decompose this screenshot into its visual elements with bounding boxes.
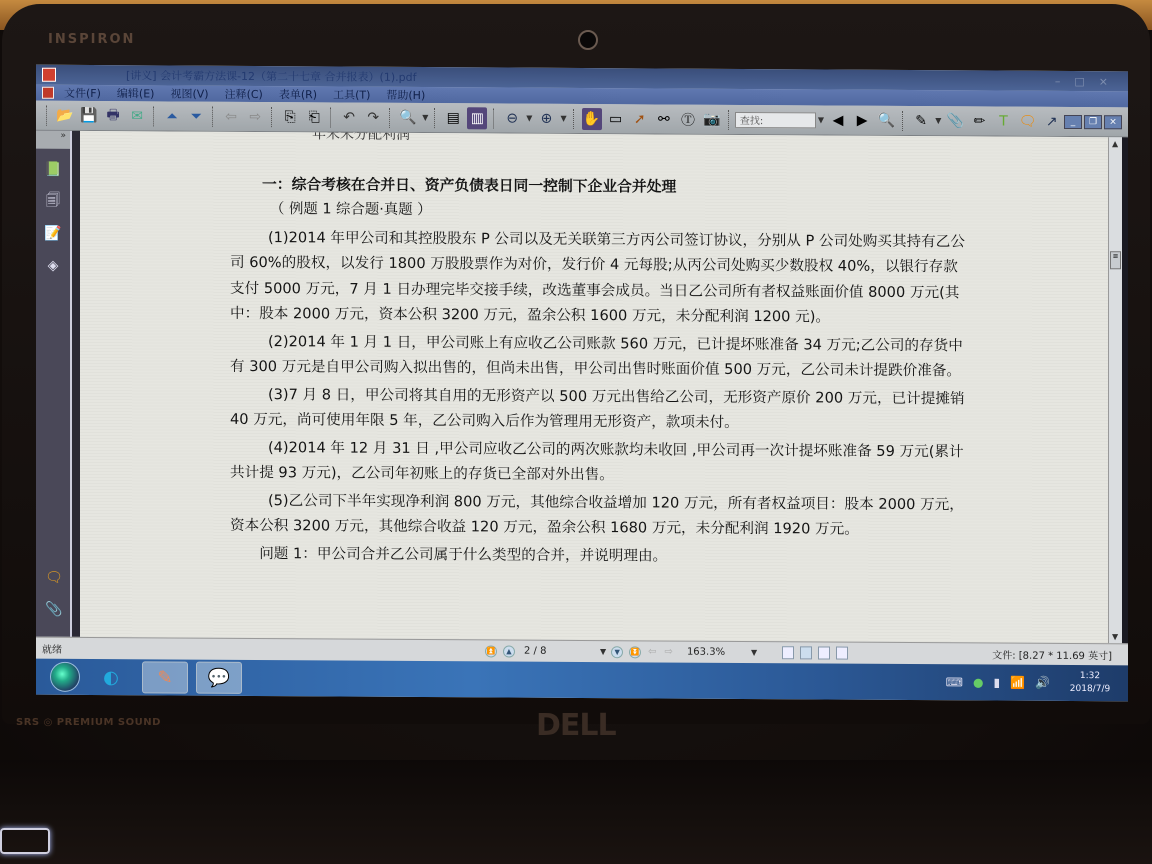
menu-comment[interactable]: 注释(C) [225, 86, 263, 102]
page-down-icon[interactable]: ⏷ [186, 105, 206, 127]
facing-view-button[interactable] [818, 646, 830, 659]
zoom-in-dropdown-icon[interactable]: ▼ [561, 114, 567, 123]
history-back-icon[interactable]: ⇦ [648, 646, 656, 657]
text-select-icon[interactable]: Ⓣ [678, 108, 698, 130]
toolbar-separator [573, 108, 576, 128]
bookmarks-icon[interactable]: 📗 [43, 159, 63, 181]
zoom-in-icon[interactable]: ⊕ [536, 107, 556, 129]
first-page-icon[interactable]: ⏫ [485, 645, 497, 657]
toolbar-separator [493, 108, 496, 128]
app-icon [42, 68, 56, 82]
paste-pages-icon[interactable]: ⎗ [304, 106, 324, 128]
start-button[interactable] [50, 662, 80, 692]
wechat-tray-icon[interactable]: ● [973, 675, 983, 689]
open-folder-icon[interactable]: 📂 [55, 104, 75, 126]
menu-tools[interactable]: 工具(T) [333, 86, 370, 102]
wechat-icon: 💬 [208, 667, 230, 688]
page-dropdown-icon[interactable]: ▼ [600, 647, 606, 656]
toolbar-separator [728, 109, 731, 129]
navigation-panel: » 📗 🗐 📝 ◈ 🗨 📎 [36, 131, 72, 637]
srs-premium-sound-logo: SRS ◎ PREMIUM SOUND [16, 717, 161, 728]
document-window-controls: _ ❐ × [1064, 114, 1128, 128]
rail-bottom-icons: 🗨 📎 [36, 557, 72, 631]
forward-arrow-icon[interactable]: ⇨ [245, 105, 265, 127]
zoom-dropdown-icon[interactable]: ▼ [422, 113, 428, 122]
camera-icon[interactable]: 📷 [702, 108, 722, 130]
paragraph-4: (4)2014 年 12 月 31 日 ,甲公司应收乙公司的两次账款均未收回 ,… [230, 434, 970, 490]
toolbar-separator [212, 106, 215, 126]
doc-restore-button[interactable]: ❐ [1084, 115, 1102, 129]
dell-logo: DELL [536, 708, 616, 743]
clock-date: 2018/7/9 [1060, 683, 1120, 696]
paragraph-3: (3)7 月 8 日，甲公司将其自用的无形资产以 500 万元出售给乙公司，无形… [230, 381, 970, 437]
panel-splitter[interactable] [72, 131, 80, 637]
scroll-up-icon[interactable]: ▲ [1112, 139, 1118, 148]
typewriter-dropdown-icon[interactable]: ▼ [935, 116, 941, 125]
layers-icon[interactable]: ◈ [43, 255, 63, 277]
window-edge [1122, 137, 1128, 643]
paragraph-2: (2)2014 年 1 月 1 日，甲公司账上有应收乙公司账款 560 万元，已… [230, 328, 970, 384]
question-1: 问题 1：甲公司合并乙公司属于什么类型的合并，并说明理由。 [230, 540, 970, 570]
system-tray: ⌨ ● ▮ 📶 🔊 1:32 2018/7/9 [946, 669, 1128, 696]
status-text: 就绪 [42, 641, 482, 659]
fit-width-icon[interactable]: ▥ [467, 107, 487, 129]
find-next-icon[interactable]: ▶ [852, 109, 872, 131]
menu-file[interactable]: 文件(F) [64, 85, 101, 101]
copy-pages-icon[interactable]: ⎘ [280, 106, 300, 128]
snapshot-select-icon[interactable]: ▭ [606, 108, 626, 130]
webcam [578, 30, 598, 50]
fit-page-icon[interactable]: ▤ [443, 107, 463, 129]
email-icon[interactable]: ✉ [127, 105, 147, 127]
toolbar-separator [434, 108, 437, 128]
previous-page-icon[interactable]: ▲ [503, 645, 515, 657]
menu-view[interactable]: 视图(V) [170, 85, 208, 101]
browser-icon: ◐ [103, 667, 119, 688]
taskbar-wechat[interactable]: 💬 [196, 662, 242, 694]
find-dropdown-icon[interactable]: ▼ [818, 115, 824, 124]
scroll-down-icon[interactable]: ▼ [1112, 632, 1118, 641]
note-icon[interactable]: 🗨 [1018, 110, 1038, 132]
laptop-photo: INSPIRON [讲义] 会计考霸方法课-12（第二十七章 合并报表）(1).… [0, 0, 1152, 864]
find-input[interactable]: 查找: [735, 111, 816, 127]
doc-minimize-button[interactable]: _ [1064, 114, 1082, 128]
typewriter-icon[interactable]: ✎ [911, 110, 931, 132]
expand-panel-button[interactable]: » [36, 131, 70, 149]
next-page-icon[interactable]: ▼ [611, 646, 623, 658]
toolbar-separator [389, 107, 392, 127]
example-label: （ 例题 1 综合题·真题 ） [230, 197, 970, 227]
zoom-out-icon[interactable]: ⊖ [502, 107, 522, 129]
page-up-icon[interactable]: ⏶ [162, 105, 182, 127]
zoom-level-input[interactable]: 163.3% [687, 647, 749, 658]
work-area: » 📗 🗐 📝 ◈ 🗨 📎 年末未分配利润 一：综合考核在合并日、资产负债表日同… [36, 131, 1128, 644]
scroll-thumb[interactable]: ≡ [1110, 251, 1121, 269]
laptop-hinge [0, 760, 1152, 864]
binoculars-icon[interactable]: ⚯ [654, 108, 674, 130]
print-icon[interactable]: 🖶 [103, 105, 123, 127]
page-content: 年末未分配利润 一：综合考核在合并日、资产负债表日同一控制下企业合并处理 （ 例… [230, 131, 970, 570]
power-indicator [0, 828, 50, 854]
continuous-view-button[interactable] [800, 646, 812, 659]
taskbar-pdf-reader[interactable]: ✎ [142, 661, 188, 693]
toolbar-separator [330, 107, 333, 127]
volume-icon[interactable]: 🔊 [1035, 676, 1050, 690]
inspiron-logo: INSPIRON [48, 32, 135, 47]
maximize-button[interactable]: □ [1074, 75, 1084, 88]
toolbar-separator [153, 106, 156, 126]
minimize-button[interactable]: – [1055, 74, 1061, 87]
redo-icon[interactable]: ↷ [363, 106, 383, 128]
zoom-level-dropdown-icon[interactable]: ▼ [751, 648, 757, 657]
attachments-icon[interactable]: 📎 [44, 599, 64, 621]
network-signal-icon[interactable]: 📶 [1010, 676, 1025, 690]
window-title: [讲义] 会计考霸方法课-12（第二十七章 合并报表）(1).pdf [126, 67, 416, 85]
pdf-page: 年末未分配利润 一：综合考核在合并日、资产负债表日同一控制下企业合并处理 （ 例… [80, 131, 1108, 643]
paragraph-5: (5)乙公司下半年实现净利润 800 万元，其他综合收益增加 120 万元，所有… [230, 487, 970, 543]
pdf-reader-icon: ✎ [157, 667, 172, 688]
menu-form[interactable]: 表单(R) [279, 86, 317, 102]
save-icon[interactable]: 💾 [79, 104, 99, 126]
hand-icon[interactable]: ✋ [582, 107, 602, 129]
clock[interactable]: 1:32 2018/7/9 [1060, 670, 1120, 696]
screen: [讲义] 会计考霸方法课-12（第二十七章 合并报表）(1).pdf – □ ×… [36, 65, 1128, 702]
paragraph-1: (1)2014 年甲公司和其控股股东 P 公司以及无关联第三方丙公司签订协议，分… [230, 224, 970, 331]
toolbar-separator [271, 107, 274, 127]
doc-icon [42, 87, 54, 99]
menu-help[interactable]: 帮助(H) [386, 87, 425, 103]
window-controls: – □ × [1055, 74, 1128, 87]
last-page-icon[interactable]: ⏬ [629, 646, 641, 658]
toolbar-separator [902, 110, 905, 130]
search-icon[interactable]: 🔍 [876, 109, 896, 131]
arrow-tool-icon[interactable]: ↗ [1042, 110, 1062, 132]
close-button[interactable]: × [1099, 75, 1108, 88]
continuous-facing-view-button[interactable] [836, 647, 848, 660]
undo-icon[interactable]: ↶ [339, 106, 359, 128]
page-number-input[interactable]: 2 / 8 [524, 646, 598, 657]
toolbar-grip [46, 105, 49, 125]
back-arrow-icon[interactable]: ⇦ [221, 105, 241, 127]
pages-icon[interactable]: 🗐 [43, 191, 63, 213]
history-forward-icon[interactable]: ⇨ [665, 647, 673, 658]
textbox-icon[interactable]: T [994, 110, 1014, 132]
zoom-tool-icon[interactable]: 🔍 [398, 106, 418, 128]
doc-close-button[interactable]: × [1104, 115, 1122, 129]
find-previous-icon[interactable]: ◀ [828, 109, 848, 131]
comments-icon[interactable]: 🗨 [44, 567, 64, 589]
file-page-size: 文件: [8.27 * 11.69 英寸] [992, 647, 1112, 663]
battery-icon[interactable]: ▮ [993, 676, 1000, 690]
menu-edit[interactable]: 编辑(E) [117, 85, 155, 101]
single-page-view-button[interactable] [782, 646, 794, 659]
attach-icon[interactable]: 📎 [945, 110, 965, 132]
keyboard-icon[interactable]: ⌨ [946, 675, 963, 689]
arrow-select-icon[interactable]: ➚ [630, 108, 650, 130]
vertical-scrollbar[interactable]: ▲ ≡ ▼ [1108, 137, 1122, 643]
taskbar: ◐ ✎ 💬 ⌨ ● ▮ 📶 🔊 1:32 2018/7/9 [36, 659, 1128, 702]
pencil-icon[interactable]: ✏ [969, 110, 989, 132]
clock-time: 1:32 [1060, 670, 1120, 683]
taskbar-browser[interactable]: ◐ [88, 661, 134, 693]
zoom-out-dropdown-icon[interactable]: ▼ [526, 114, 532, 123]
annotations-icon[interactable]: 📝 [43, 223, 63, 245]
